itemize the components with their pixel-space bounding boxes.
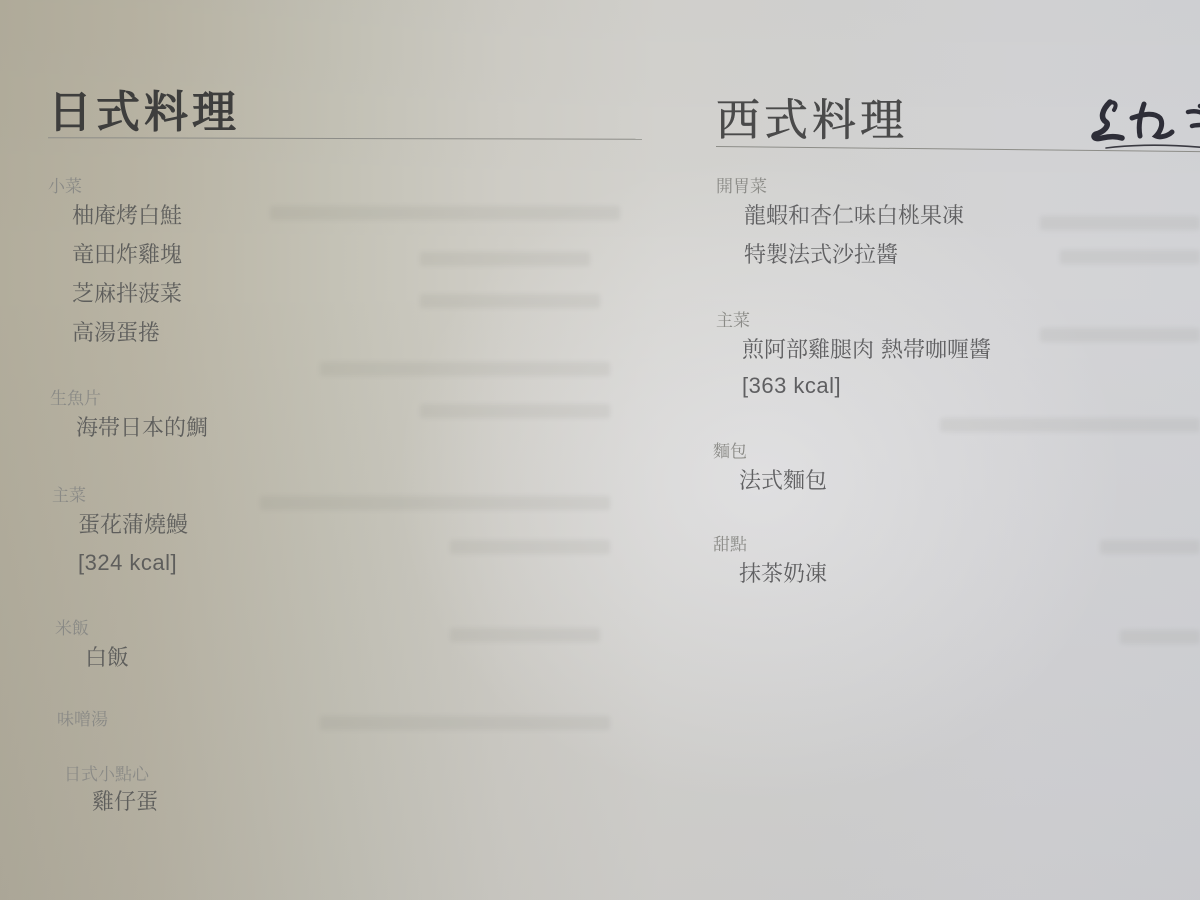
section-label: 開胃菜	[716, 172, 964, 197]
menu-item: 蛋花蒲燒鰻	[78, 506, 188, 545]
western-menu-title: 西式料理	[716, 84, 908, 148]
bleed-through-mark	[1040, 328, 1200, 342]
bleed-through-mark	[450, 628, 600, 642]
menu-section-rice: 米飯 白飯	[55, 614, 129, 678]
bleed-through-mark	[270, 206, 620, 220]
menu-item: 高湯蛋捲	[72, 314, 182, 353]
bleed-through-mark	[260, 496, 610, 510]
menu-section-main: 主菜 煎阿部雞腿肉 熱帯咖喱醬 [363 kcal]	[716, 306, 991, 402]
bleed-through-mark	[940, 418, 1200, 432]
bleed-through-mark	[1060, 250, 1200, 264]
menu-section-sashimi: 生魚片 海帯日本的鯛	[50, 384, 208, 448]
menu-item: 柚庵烤白鮭	[72, 197, 182, 236]
calorie-count: [363 kcal]	[742, 370, 991, 402]
section-label: 生魚片	[50, 384, 208, 409]
bleed-through-mark	[420, 294, 600, 308]
bleed-through-mark	[320, 716, 610, 730]
bleed-through-mark	[450, 540, 610, 554]
menu-item: 煎阿部雞腿肉 熱帯咖喱醬	[742, 331, 991, 370]
menu-item: 白飯	[85, 639, 129, 678]
section-label: 主菜	[716, 306, 991, 331]
menu-section-dessert: 甜點 抹茶奶凍	[713, 530, 827, 594]
section-label: 米飯	[55, 614, 129, 639]
menu-item: 抹茶奶凍	[739, 555, 827, 594]
calorie-count: [324 kcal]	[78, 545, 188, 581]
brush-calligraphy-logo-icon	[1088, 92, 1200, 152]
section-label: 味噌湯	[57, 705, 108, 730]
menu-item: 雞仔蛋	[92, 785, 158, 821]
menu-item: 海帯日本的鯛	[76, 409, 208, 448]
menu-section-appetizer: 開胃菜 龍蝦和杏仁味白桃果凍 特製法式沙拉醬	[716, 172, 964, 275]
bleed-through-mark	[1120, 630, 1200, 644]
section-label: 日式小點心	[64, 760, 158, 785]
menu-item: 龍蝦和杏仁味白桃果凍	[744, 197, 964, 236]
menu-section-main: 主菜 蛋花蒲燒鰻 [324 kcal]	[52, 481, 188, 581]
section-label: 甜點	[713, 530, 827, 555]
menu-section-appetizers: 小菜 柚庵烤白鮭 竜田炸雞塊 芝麻拌菠菜 高湯蛋捲	[48, 172, 182, 353]
menu-item: 竜田炸雞塊	[72, 236, 182, 275]
bleed-through-mark	[1040, 216, 1200, 230]
menu-section-snack: 日式小點心 雞仔蛋	[64, 760, 158, 821]
section-label: 主菜	[52, 481, 188, 506]
menu-section-miso-soup: 味噌湯	[57, 705, 108, 730]
menu-item: 芝麻拌菠菜	[72, 275, 182, 314]
section-label: 小菜	[48, 172, 182, 197]
bleed-through-mark	[420, 252, 590, 266]
section-label: 麵包	[713, 437, 827, 462]
menu-item: 特製法式沙拉醬	[744, 236, 964, 275]
menu-item: 法式麵包	[739, 462, 827, 501]
bleed-through-mark	[420, 404, 610, 418]
bleed-through-mark	[1100, 540, 1200, 554]
japanese-menu-title: 日式料理	[48, 76, 240, 140]
bleed-through-mark	[320, 362, 610, 376]
menu-section-bread: 麵包 法式麵包	[713, 437, 827, 501]
